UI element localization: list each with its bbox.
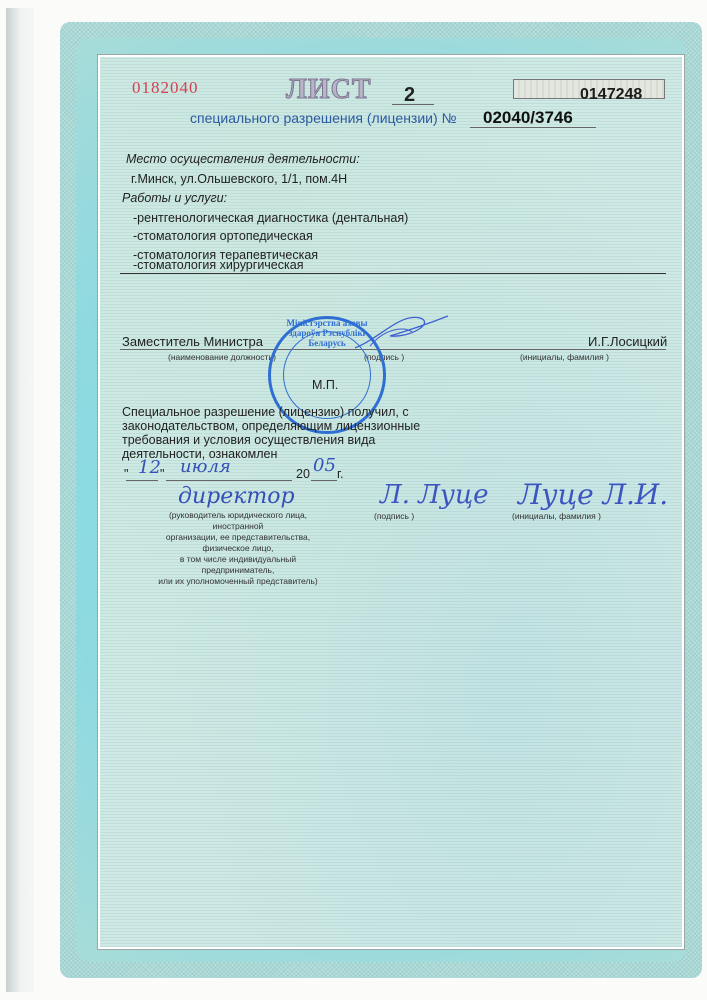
- section-divider: [120, 273, 666, 274]
- caption-line: в том числе индивидуальный предпринимате…: [148, 554, 328, 576]
- date-day-line: [126, 480, 158, 481]
- place-label: Место осуществления деятельности:: [126, 152, 360, 166]
- sheet-number-underline: [392, 104, 434, 105]
- issuer-signature-scribble: [350, 308, 450, 358]
- recipient-position-handwritten: директор: [178, 484, 295, 509]
- date-quote-close: ": [160, 467, 164, 481]
- services-label: Работы и услуги:: [122, 191, 227, 205]
- recipient-position-caption: (руководитель юридического лица, иностра…: [148, 510, 328, 587]
- issuer-name: И.Г.Лосицкий: [588, 334, 667, 349]
- service-item: -рентгенологическая диагностика (денталь…: [133, 211, 408, 225]
- scan-edge: [6, 8, 34, 992]
- ack-line: Специальное разрешение (лицензию) получи…: [122, 405, 409, 419]
- ack-line: законодательством, определяющим лицензио…: [122, 419, 420, 433]
- license-number-underline: [470, 127, 596, 128]
- seal-label: М.П.: [312, 378, 338, 392]
- recipient-name-handwritten: Луце Л.И.: [518, 478, 668, 511]
- issuer-position: Заместитель Министра: [122, 334, 263, 349]
- date-month-line: [166, 480, 292, 481]
- date-day: 12: [138, 457, 161, 478]
- place-value: г.Минск, ул.Ольшевского, 1/1, пом.4Н: [131, 172, 347, 186]
- service-item: -стоматология ортопедическая: [133, 229, 313, 243]
- caption-line: или их уполномоченный представитель): [148, 576, 328, 587]
- issuer-name-caption: (инициалы, фамилия ): [520, 352, 609, 362]
- year-unit: г.: [337, 467, 344, 481]
- form-serial-red: 0182040: [132, 78, 199, 98]
- ack-line: требования и условия осуществления вида: [122, 433, 375, 447]
- year-prefix: 20: [296, 467, 310, 481]
- date-quote-open: ": [124, 467, 128, 481]
- year-suffix: 05: [313, 455, 336, 476]
- caption-line: (руководитель юридического лица, иностра…: [148, 510, 328, 532]
- recipient-signature-handwritten: Л. Луце: [380, 480, 489, 510]
- caption-line: организации, ее представительства, физич…: [148, 532, 328, 554]
- license-caption: специального разрешения (лицензии) №: [190, 110, 457, 126]
- year-line: [311, 480, 337, 481]
- date-month: июля: [180, 456, 231, 477]
- issuer-position-caption: (наименование должности): [168, 352, 276, 362]
- recipient-signature-caption: (подпись ): [374, 511, 414, 521]
- sheet-title: ЛИСТ: [286, 74, 372, 106]
- recipient-name-caption: (инициалы, фамилия ): [512, 511, 601, 521]
- service-item: -стоматология хирургическая: [133, 258, 303, 272]
- license-number: 02040/3746: [483, 108, 573, 128]
- form-serial-black: 0147248: [580, 86, 642, 104]
